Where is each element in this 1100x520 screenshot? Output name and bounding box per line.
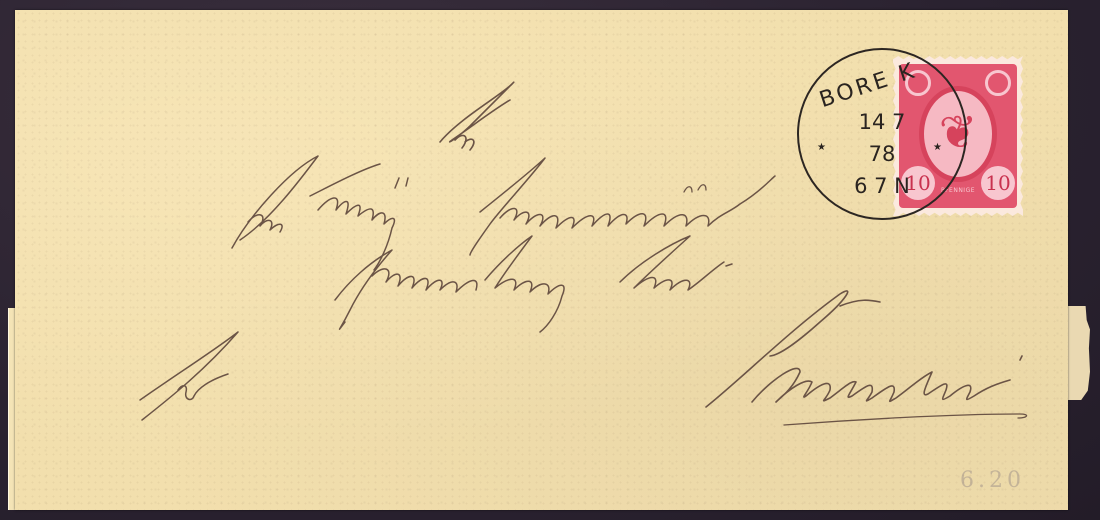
star-icon: ★ — [817, 142, 826, 153]
stamp-value-right: 10 — [981, 166, 1015, 200]
cover-right-flap — [1068, 306, 1090, 400]
pencil-note: 6.20 — [960, 468, 1025, 493]
star-icon: ★ — [933, 142, 942, 153]
postmark-date: 14 7 — [799, 110, 965, 134]
postmark: BORE K 14 7 78 6 7 N ★ ★ — [797, 48, 967, 220]
rosette-icon — [985, 70, 1011, 96]
postmark-time: 6 7 N — [799, 174, 965, 198]
